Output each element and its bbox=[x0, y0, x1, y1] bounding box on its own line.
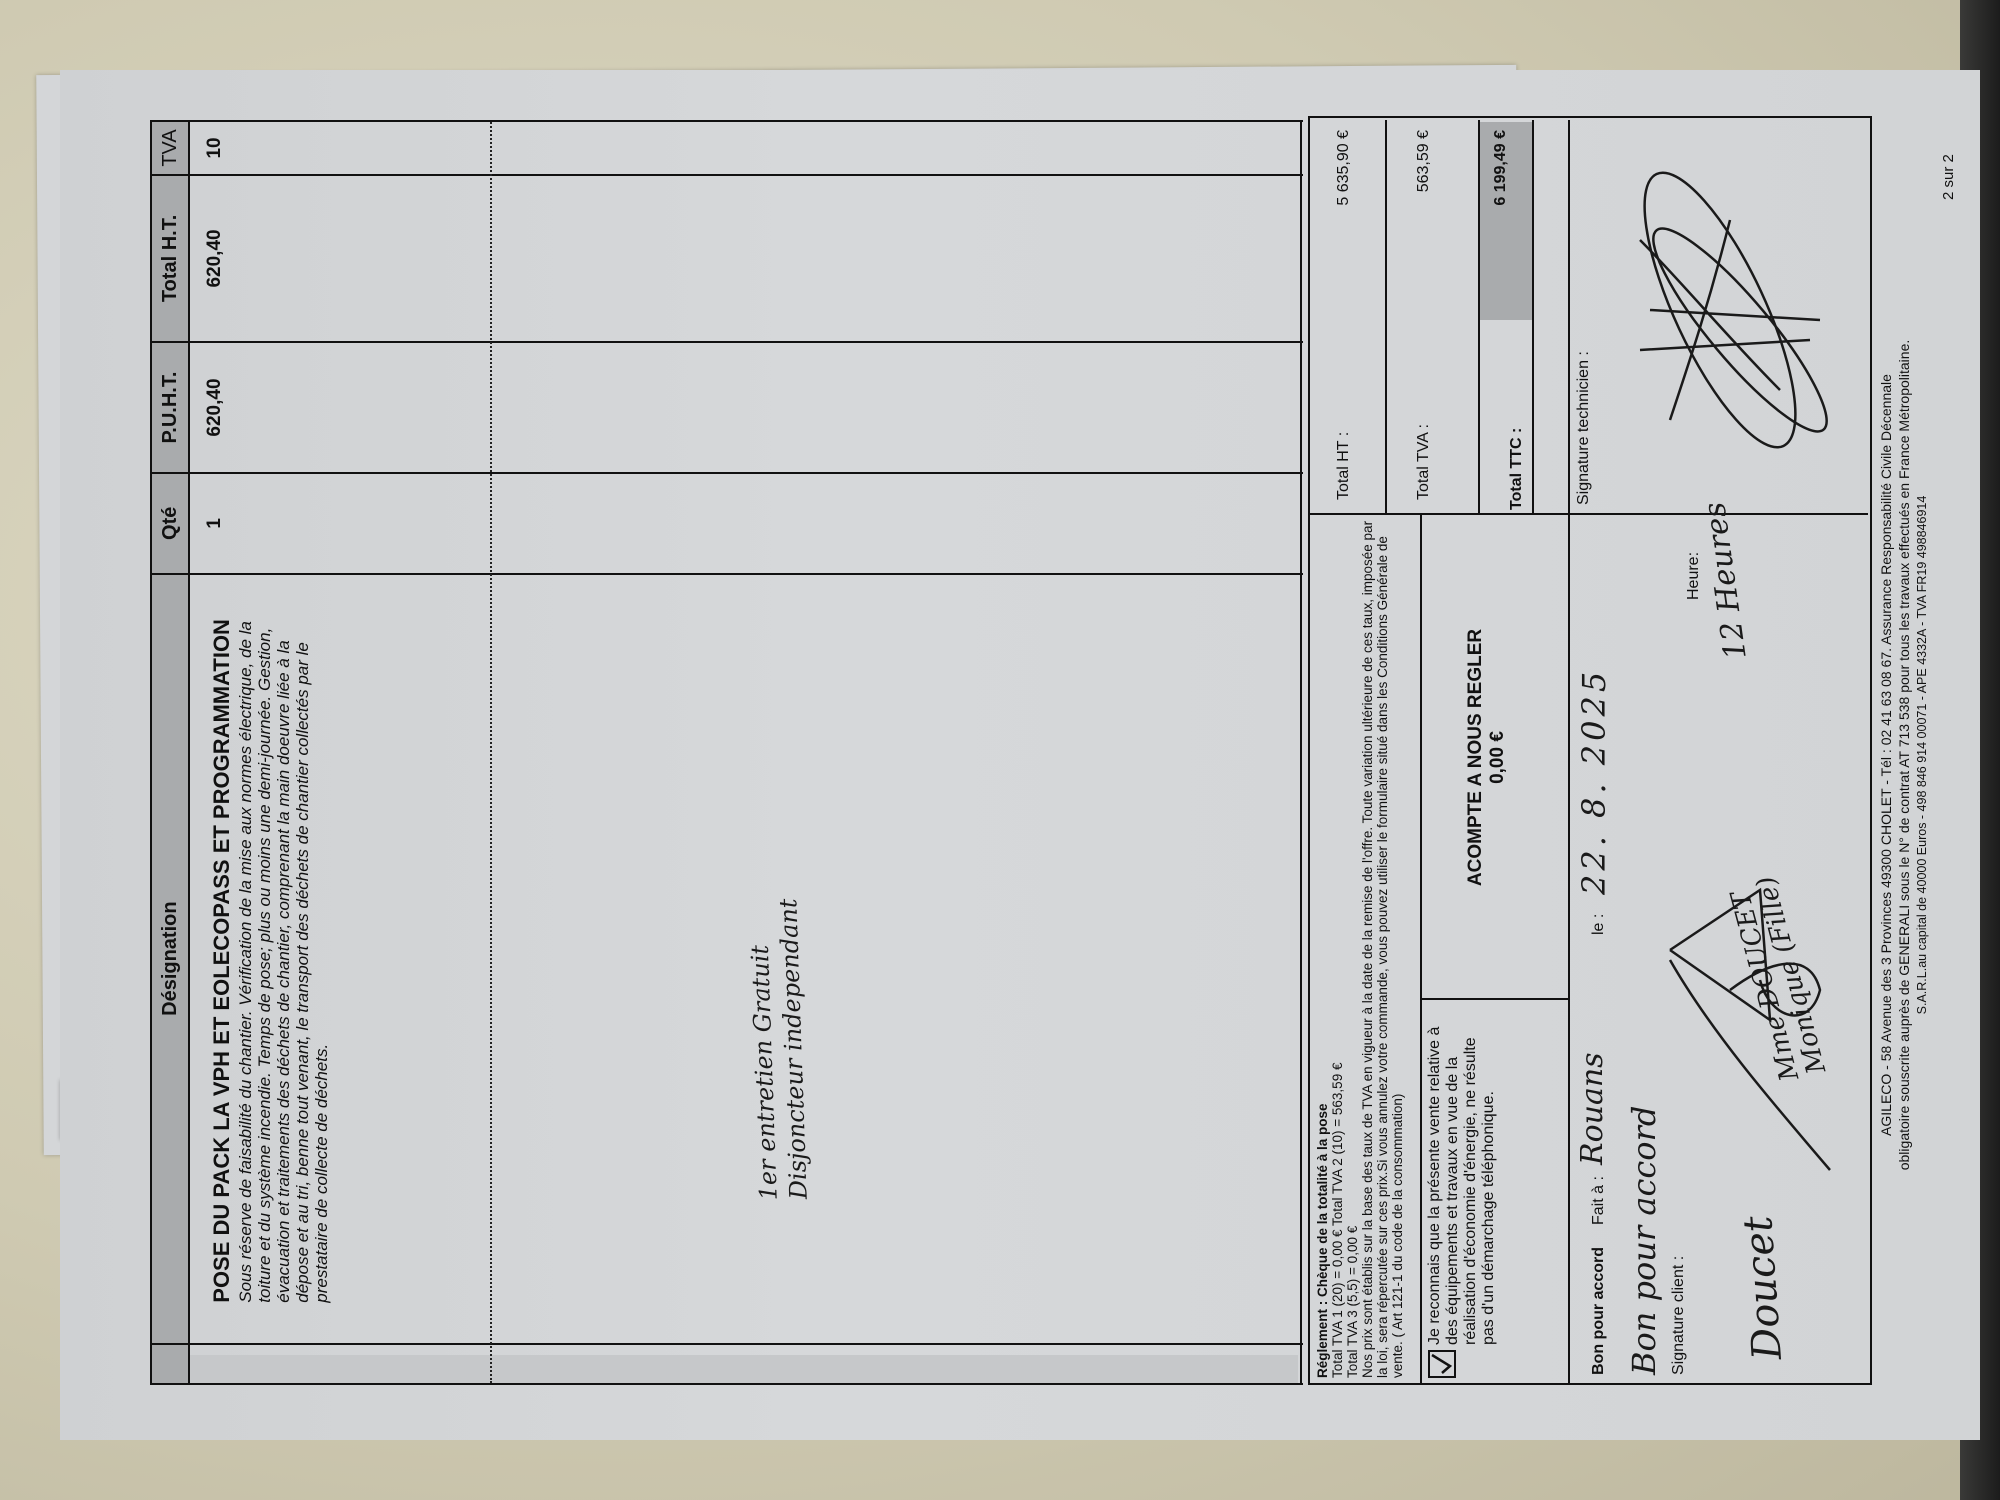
header-total-ht: Total H.T. bbox=[151, 175, 189, 342]
row-total-ht: 620,40 bbox=[189, 175, 1303, 342]
signature-divider bbox=[1568, 120, 1570, 1383]
item-description: Sous réserve de faisabilité du chantier.… bbox=[236, 587, 331, 1303]
footer-company-line1: AGILECO - 58 Avenue des 3 Provinces 4930… bbox=[1878, 70, 1895, 1440]
deposit-label: ACOMPTE A NOUS REGLER bbox=[1465, 515, 1487, 1000]
totals-bottom-border bbox=[1532, 120, 1534, 513]
items-table: Désignation Qté P.U.H.T. Total H.T. TVA … bbox=[150, 120, 1303, 1385]
payment-terms: Réglement : Chèque de la totalité à la p… bbox=[1315, 518, 1405, 1378]
row-margin bbox=[189, 1344, 1303, 1384]
total-tva-value: 563,59 € bbox=[1415, 130, 1433, 290]
footer-company-line2: obligatoire souscrite auprès de GENERALI… bbox=[1896, 70, 1913, 1440]
payment-divider bbox=[1420, 513, 1422, 1383]
row-unit-price: 620,40 bbox=[189, 342, 1303, 473]
le-value: 22. 8. 2025 bbox=[1575, 668, 1613, 895]
acknowledgement-text: Je reconnais que la présente vente relat… bbox=[1426, 1015, 1498, 1345]
totals-row-divider bbox=[1385, 120, 1387, 513]
bon-pour-accord-label: Bon pour accord bbox=[1590, 1247, 1608, 1375]
row-separator-dotted bbox=[490, 122, 492, 1383]
technician-signature bbox=[1580, 150, 1860, 480]
totals-divider bbox=[1308, 513, 1568, 515]
item-title: POSE DU PACK LA VPH ET EOLECOPASS ET PRO… bbox=[210, 587, 234, 1303]
total-ht-value: 5 635,90 € bbox=[1335, 130, 1353, 290]
payment-title: Réglement : Chèque de la totalité à la p… bbox=[1315, 518, 1330, 1378]
payment-legal-text: Nos prix sont établis sur la base des ta… bbox=[1360, 518, 1405, 1378]
check-mark-icon bbox=[1430, 1352, 1454, 1376]
fait-a-label: Fait à : bbox=[1590, 1176, 1608, 1225]
acknowledgement-checkbox[interactable] bbox=[1428, 1350, 1456, 1378]
client-signature-stroke bbox=[1650, 740, 1870, 1190]
total-ht-label: Total HT : bbox=[1335, 432, 1353, 500]
header-unit-price: P.U.H.T. bbox=[151, 342, 189, 473]
heure-label: Heure: bbox=[1685, 552, 1703, 600]
header-tva: TVA bbox=[151, 121, 189, 175]
table-left-border bbox=[150, 1383, 1302, 1385]
items-table-header: Désignation Qté P.U.H.T. Total H.T. TVA bbox=[151, 121, 189, 1384]
le-label: le : bbox=[1590, 914, 1608, 935]
payment-tva-line1: Total TVA 1 (20) = 0,00 € Total TVA 2 (1… bbox=[1330, 518, 1345, 1378]
total-ttc-value: 6 199,49 € bbox=[1492, 130, 1510, 290]
header-qty: Qté bbox=[151, 473, 189, 574]
deposit-box: ACOMPTE A NOUS REGLER 0,00 € bbox=[1465, 515, 1509, 1000]
page-number: 2 sur 2 bbox=[1940, 154, 1957, 200]
deposit-value: 0,00 € bbox=[1487, 515, 1509, 1000]
row-tva: 10 bbox=[189, 121, 1303, 175]
row-qty: 1 bbox=[189, 473, 1303, 574]
total-tva-label: Total TVA : bbox=[1415, 424, 1433, 500]
document-photo: Désignation Qté P.U.H.T. Total H.T. TVA … bbox=[0, 0, 2000, 1500]
table-bottom-border bbox=[1300, 120, 1302, 1385]
quote-page: Désignation Qté P.U.H.T. Total H.T. TVA … bbox=[60, 70, 1980, 1440]
total-ttc-label: Total TTC : bbox=[1508, 428, 1526, 510]
header-blank bbox=[151, 1344, 189, 1384]
header-designation: Désignation bbox=[151, 574, 189, 1344]
signature-client-label: Signature client : bbox=[1670, 1256, 1688, 1375]
fait-a-value: Rouans bbox=[1575, 1052, 1610, 1165]
payment-tva-line2: Total TVA 3 (5,5) = 0,00 € bbox=[1345, 518, 1360, 1378]
footer-company-line3: S.A.R.L.au capital de 40000 Euros - 498 … bbox=[1914, 70, 1931, 1440]
